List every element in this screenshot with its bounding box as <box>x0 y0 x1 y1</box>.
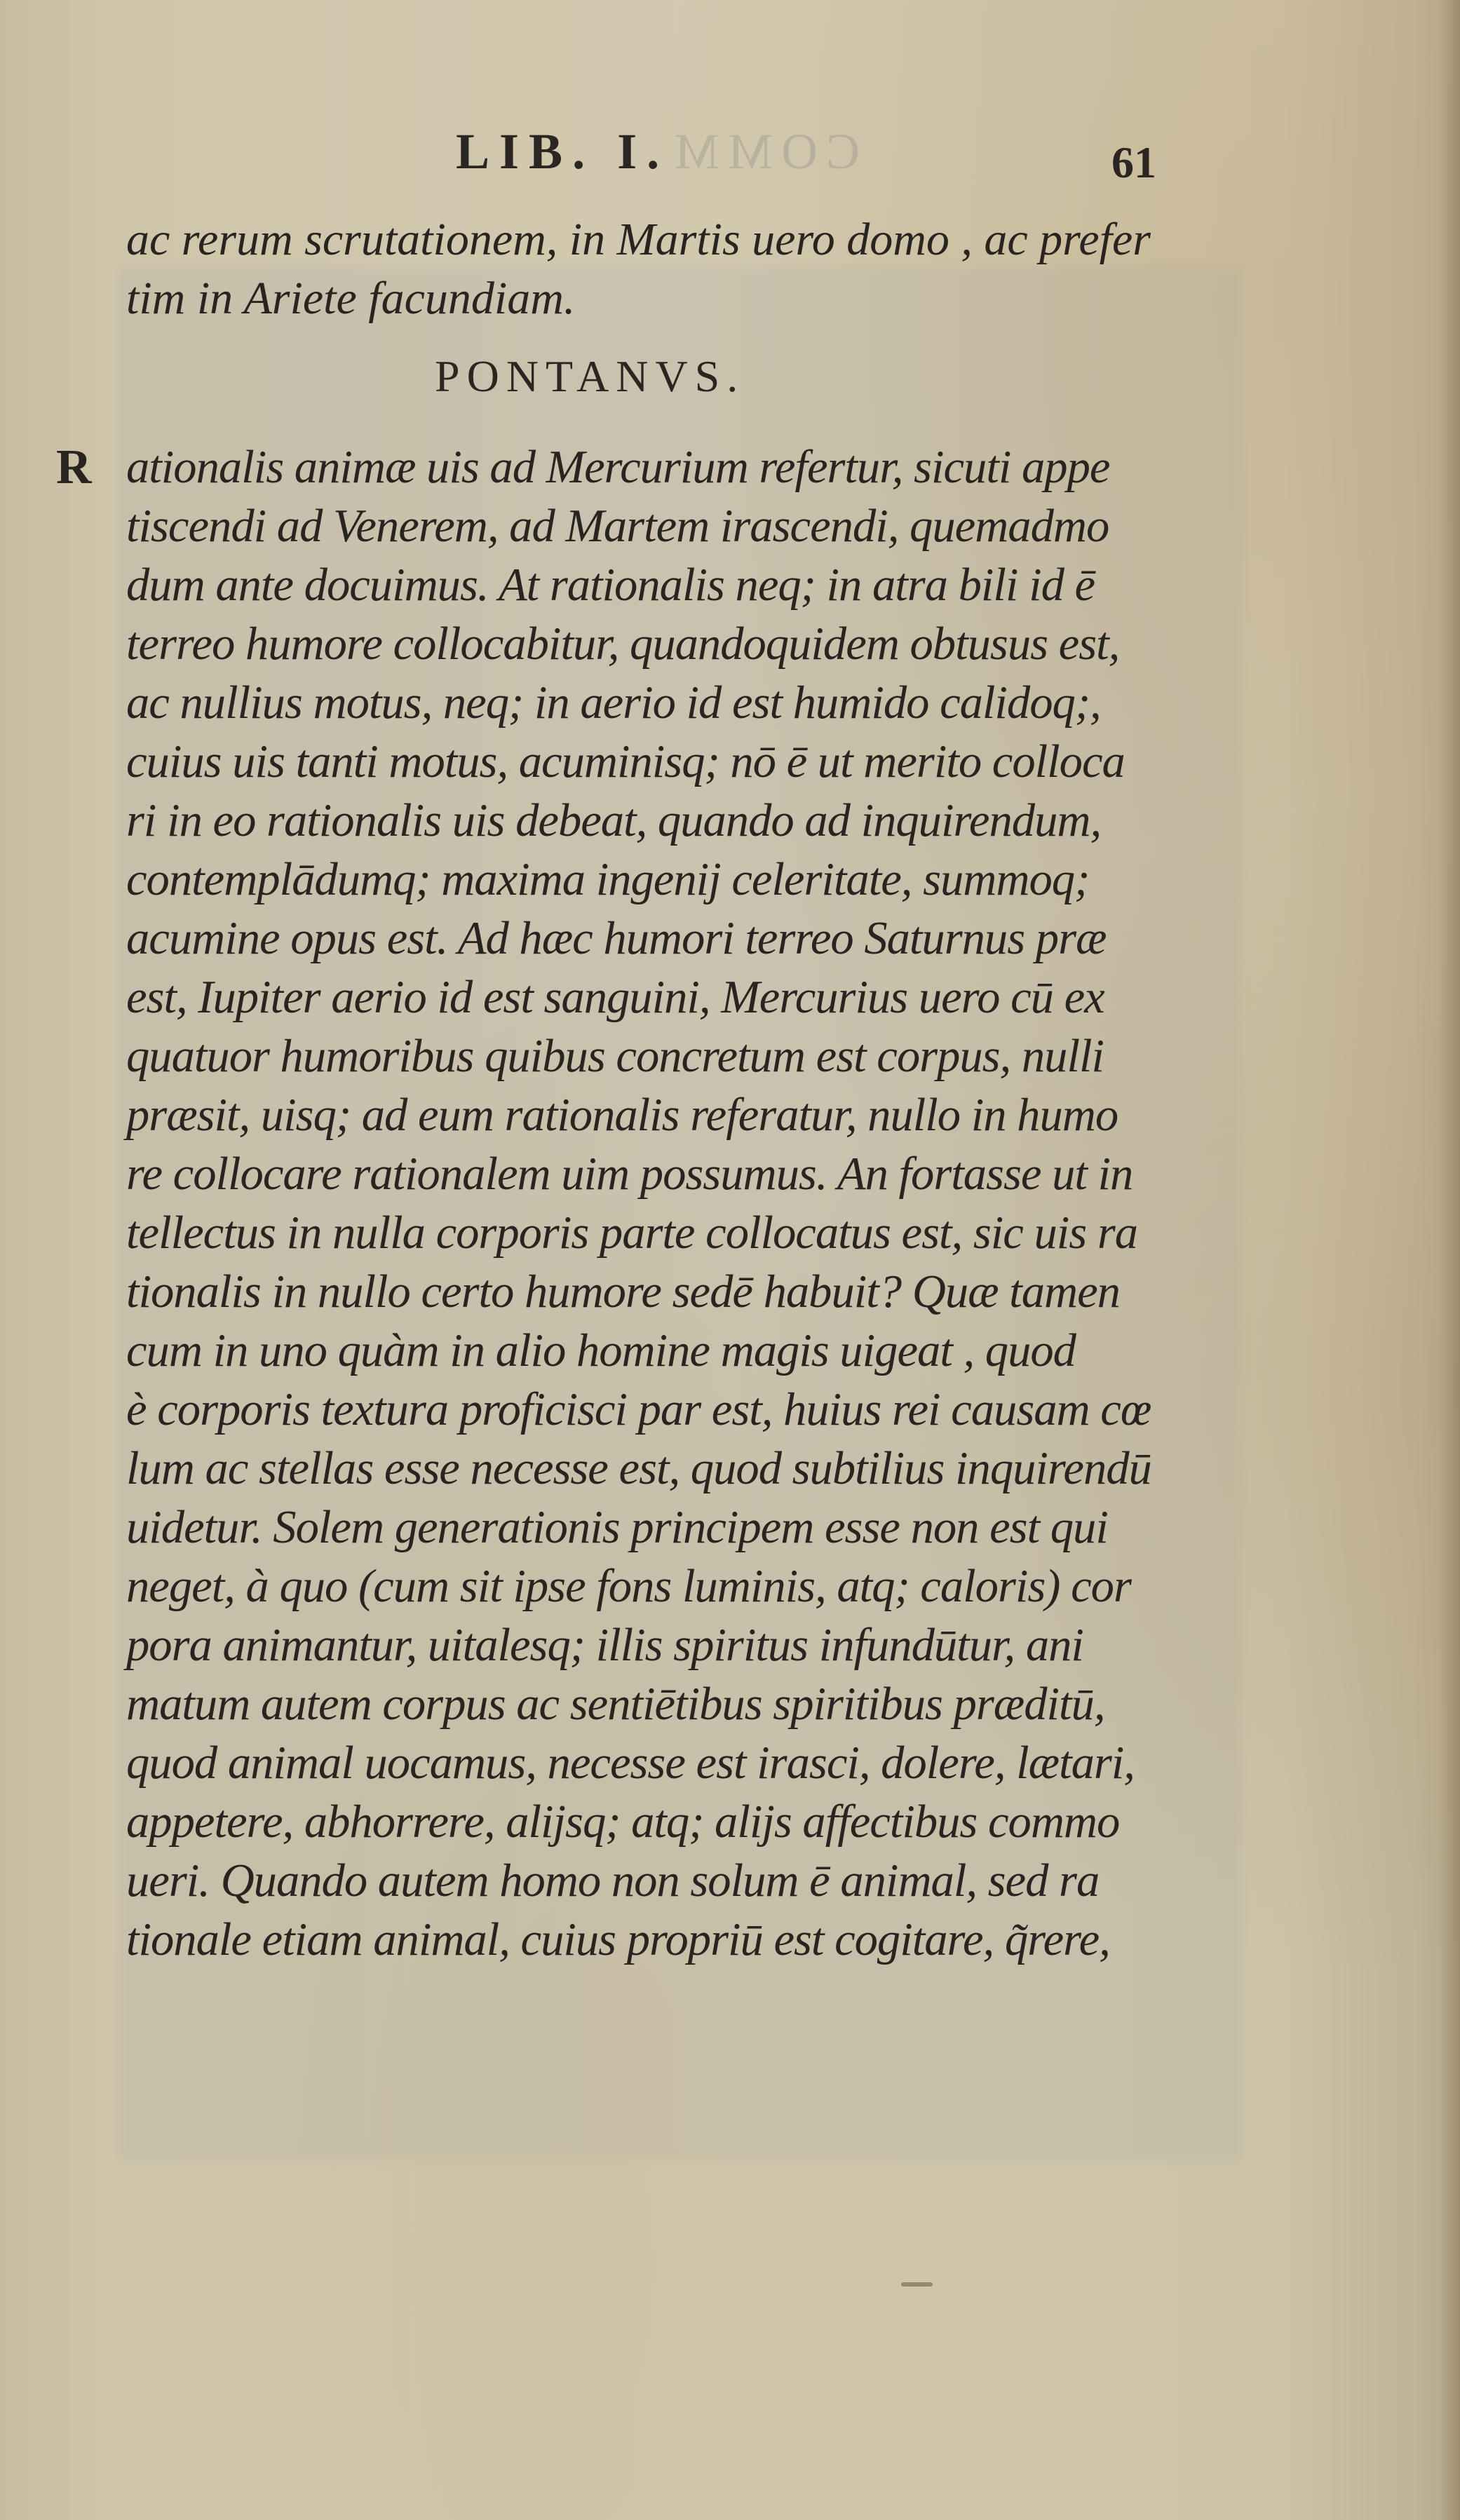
text-line: ac nullius motus, neq; in aerio id est h… <box>126 677 1241 736</box>
section-body: R ationalis animæ uis ad Mercurium refer… <box>126 442 1248 1973</box>
text-line: re collocare rationalem uim possumus. An… <box>126 1149 1241 1207</box>
text-line: pora animantur, uitalesq; illis spiritus… <box>126 1620 1241 1679</box>
text-line: ri in eo rationalis uis debeat, quando a… <box>126 795 1241 854</box>
text-line: lum ac stellas esse necesse est, quod su… <box>126 1443 1241 1502</box>
text-line: contemplādumq; maxima ingenij celeritate… <box>126 854 1241 913</box>
text-line: neget, à quo (cum sit ipse fons luminis,… <box>126 1561 1241 1620</box>
page-header: LIB. I. COMM 61 <box>0 123 1460 207</box>
text-line: ationalis animæ uis ad Mercurium refertu… <box>126 442 1241 501</box>
text-line: tim in Ariete facundiam. <box>126 273 1241 332</box>
show-through-title: COMM <box>666 123 860 181</box>
text-line: tiscendi ad Venerem, ad Martem irascendi… <box>126 501 1241 560</box>
text-line: cuius uis tanti motus, acuminisq; nō ē u… <box>126 736 1241 795</box>
text-line: uidetur. Solem generationis principem es… <box>126 1502 1241 1561</box>
text-line: tionalis in nullo certo humore sedē habu… <box>126 1266 1241 1325</box>
text-line: quatuor humoribus quibus concretum est c… <box>126 1031 1241 1090</box>
text-line: tellectus in nulla corporis parte colloc… <box>126 1207 1241 1266</box>
text-line: acumine opus est. Ad hæc humori terreo S… <box>126 913 1241 972</box>
book-page: LIB. I. COMM 61 ac rerum scrutationem, i… <box>0 0 1460 2520</box>
text-line: terreo humore collocabitur, quandoquidem… <box>126 618 1241 677</box>
text-line: è corporis textura proficisci par est, h… <box>126 1384 1241 1443</box>
text-line: appetere, abhorrere, alijsq; atq; alijs … <box>126 1796 1241 1855</box>
text-line: ueri. Quando autem homo non solum ē anim… <box>126 1855 1241 1914</box>
text-line: matum autem corpus ac sentiētibus spirit… <box>126 1679 1241 1737</box>
continuation-text: ac rerum scrutationem, in Martis uero do… <box>126 214 1241 332</box>
text-line: quod animal uocamus, necesse est irasci,… <box>126 1737 1241 1796</box>
page-edge-shadow <box>1439 0 1460 2520</box>
text-line: tionale etiam animal, cuius propriū est … <box>126 1914 1241 1973</box>
ink-stain <box>901 2282 933 2287</box>
running-title: LIB. I. <box>456 123 669 181</box>
text-line: est, Iupiter aerio id est sanguini, Merc… <box>126 972 1241 1031</box>
text-line: cum in uno quàm in alio homine magis uig… <box>126 1325 1241 1384</box>
text-line: dum ante docuimus. At rationalis neq; in… <box>126 560 1241 618</box>
page-number: 61 <box>1111 137 1156 189</box>
section-heading: PONTANVS. <box>435 351 745 402</box>
initial-letter: R <box>56 442 92 493</box>
text-line: præsit, uisq; ad eum rationalis referatu… <box>126 1090 1241 1149</box>
text-line: ac rerum scrutationem, in Martis uero do… <box>126 214 1241 273</box>
